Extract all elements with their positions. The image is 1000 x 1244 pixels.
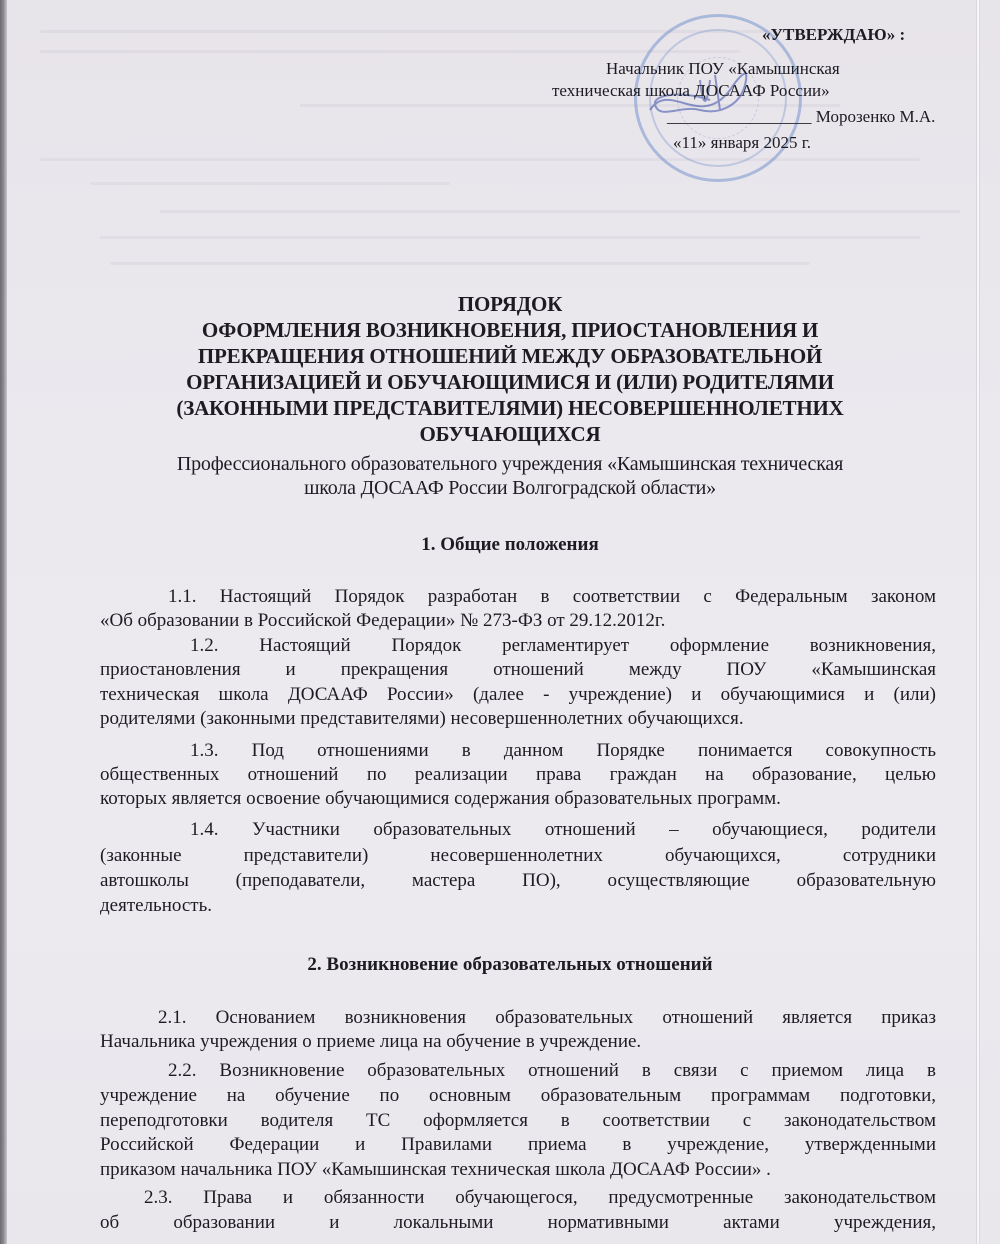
paragraph-line: «Об образовании в Российской Федерации» … <box>100 610 936 632</box>
paragraph-line: приказом начальника ПОУ «Камышинская тех… <box>100 1159 936 1181</box>
approval-title: «УТВЕРЖДАЮ» : <box>762 24 905 46</box>
paragraph-line: 1.4. Участники образовательных отношений… <box>190 819 936 841</box>
paragraph-line: учреждение на обучение по основным образ… <box>100 1085 936 1107</box>
title-line: ПРЕКРАЩЕНИЯ ОТНОШЕНИЙ МЕЖДУ ОБРАЗОВАТЕЛЬ… <box>100 344 920 368</box>
show-through-text <box>40 158 920 161</box>
approval-date: «11» января 2025 г. <box>673 132 811 154</box>
show-through-text <box>40 50 740 53</box>
section-heading-1: 1. Общие положения <box>100 534 920 556</box>
paragraph-line: техническая школа ДОСААФ России» (далее … <box>100 684 936 706</box>
paragraph-line: 2.1. Основанием возникновения образовате… <box>158 1007 936 1029</box>
paragraph-line: родителями (законными представителями) н… <box>100 708 936 730</box>
paragraph-line: 2.2. Возникновение образовательных отнош… <box>168 1060 936 1082</box>
paragraph-line: общественных отношений по реализации пра… <box>100 764 936 786</box>
paragraph-line: (законные представители) несовершеннолет… <box>100 845 936 867</box>
show-through-text <box>100 236 920 239</box>
scan-left-edge <box>0 0 7 1244</box>
approval-signature-line: _________________ Морозенко М.А. <box>667 106 935 128</box>
approval-position-line2: техническая школа ДОСААФ России» <box>552 80 830 102</box>
show-through-text <box>160 210 960 213</box>
paragraph-line: 1.1. Настоящий Порядок разработан в соот… <box>168 586 936 608</box>
show-through-text <box>110 262 810 265</box>
paragraph-line: автошколы (преподаватели, мастера ПО), о… <box>100 870 936 892</box>
paragraph-line: Начальника учреждения о приеме лица на о… <box>100 1031 936 1053</box>
paragraph-line: которых является освоение обучающимися с… <box>100 788 936 810</box>
paragraph-line: 1.2. Настоящий Порядок регламентирует оф… <box>190 635 936 657</box>
paragraph-line: деятельность. <box>100 895 936 917</box>
subtitle-line: Профессионального образовательного учреж… <box>100 452 920 476</box>
title-line: ПОРЯДОК <box>100 292 920 316</box>
paragraph-line: приостановления и прекращения отношений … <box>100 659 936 681</box>
title-line: ОБУЧАЮЩИХСЯ <box>100 422 920 446</box>
title-line: (ЗАКОННЫМИ ПРЕДСТАВИТЕЛЯМИ) НЕСОВЕРШЕННО… <box>100 396 920 420</box>
paragraph-line: Российской Федерации и Правилами приема … <box>100 1134 936 1156</box>
paragraph-line: 2.3. Права и обязанности обучающегося, п… <box>144 1187 936 1209</box>
paragraph-line: переподготовки водителя ТС оформляется в… <box>100 1110 936 1132</box>
show-through-text <box>90 182 450 185</box>
scan-fold-line <box>977 0 979 1244</box>
paragraph-line: 1.3. Под отношениями в данном Порядке по… <box>190 740 936 762</box>
scanned-page: «УТВЕРЖДАЮ» : Начальник ПОУ «Камышинская… <box>0 0 1000 1244</box>
subtitle-line: школа ДОСААФ России Волгоградской област… <box>100 476 920 500</box>
section-heading-2: 2. Возникновение образовательных отношен… <box>100 954 920 976</box>
approval-position-line1: Начальник ПОУ «Камышинская <box>606 58 840 80</box>
paragraph-line: об образовании и локальными нормативными… <box>100 1212 936 1234</box>
title-line: ОФОРМЛЕНИЯ ВОЗНИКНОВЕНИЯ, ПРИОСТАНОВЛЕНИ… <box>100 318 920 342</box>
title-line: ОРГАНИЗАЦИЕЙ И ОБУЧАЮЩИМИСЯ И (ИЛИ) РОДИ… <box>100 370 920 394</box>
